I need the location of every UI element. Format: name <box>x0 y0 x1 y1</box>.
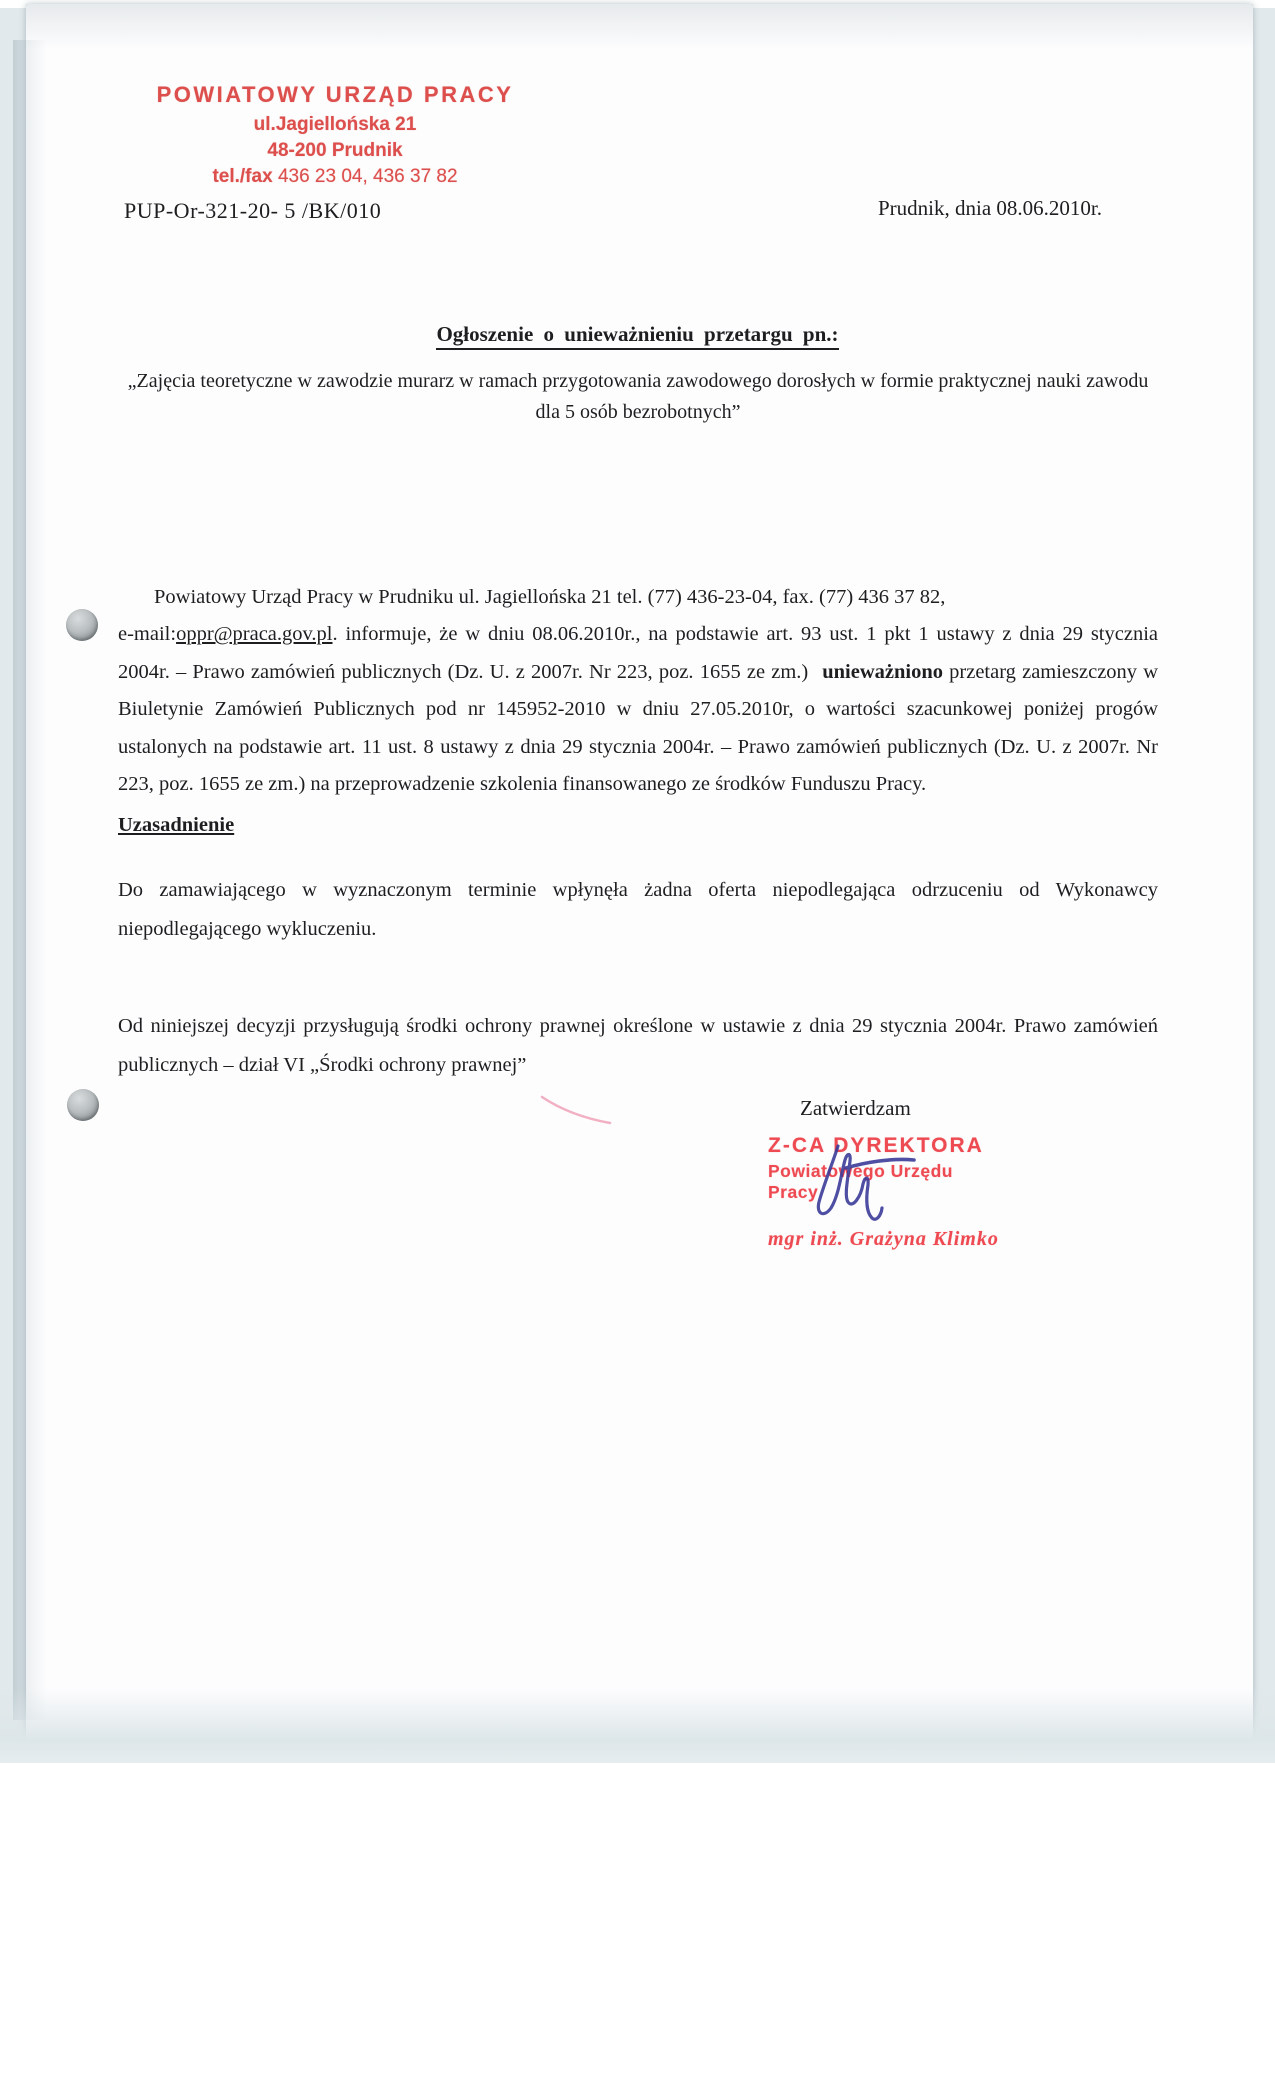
office-postal-city: 48-200 Prudnik <box>130 141 540 160</box>
pen-mark <box>540 1094 615 1129</box>
reference-number: PUP-Or-321-20- 5 /BK/010 <box>124 198 381 224</box>
office-street: ul.Jagiellońska 21 <box>130 115 540 134</box>
scanned-document: POWIATOWY URZĄD PRACY ul.Jagiellońska 21… <box>0 0 1275 2100</box>
office-address-stamp: POWIATOWY URZĄD PRACY ul.Jagiellońska 21… <box>130 84 540 186</box>
handwritten-signature <box>800 1140 930 1240</box>
justification-text: Do zamawiającego w wyznaczonym terminie … <box>118 871 1158 949</box>
legal-remedies-notice: Od niniejszej decyzji przysługują środki… <box>118 1007 1158 1085</box>
tender-subject-quote: „Zajęcia teoretyczne w zawodzie murarz w… <box>118 366 1158 428</box>
place-and-date: Prudnik, dnia 08.06.2010r. <box>878 196 1102 221</box>
email-label: e-mail: <box>118 623 176 645</box>
document-title: Ogłoszenie o unieważnieniu przetargu pn.… <box>0 322 1275 347</box>
paper-left-edge-shadow <box>13 40 47 1720</box>
punch-hole-icon <box>67 1089 99 1121</box>
main-paragraph: Powiatowy Urząd Pracy w Prudniku ul. Jag… <box>118 579 1158 804</box>
phone-numbers: 436 23 04, 436 37 82 <box>278 166 458 187</box>
office-phone: tel./fax 436 23 04, 436 37 82 <box>130 167 540 186</box>
justification-heading: Uzasadnienie <box>118 814 234 837</box>
email-address: oppr@praca.gov.pl <box>176 623 332 645</box>
office-name: POWIATOWY URZĄD PRACY <box>130 84 540 106</box>
paragraph-line1: Powiatowy Urząd Pracy w Prudniku ul. Jag… <box>154 586 945 608</box>
scan-bottom-edge <box>0 1688 1275 1763</box>
paper-top-shadow <box>26 4 1253 50</box>
phone-label: tel./fax <box>212 166 272 187</box>
approval-label: Zatwierdzam <box>800 1096 911 1121</box>
annulled-bold-word: unieważniono <box>822 661 943 683</box>
punch-hole-icon <box>66 609 98 641</box>
